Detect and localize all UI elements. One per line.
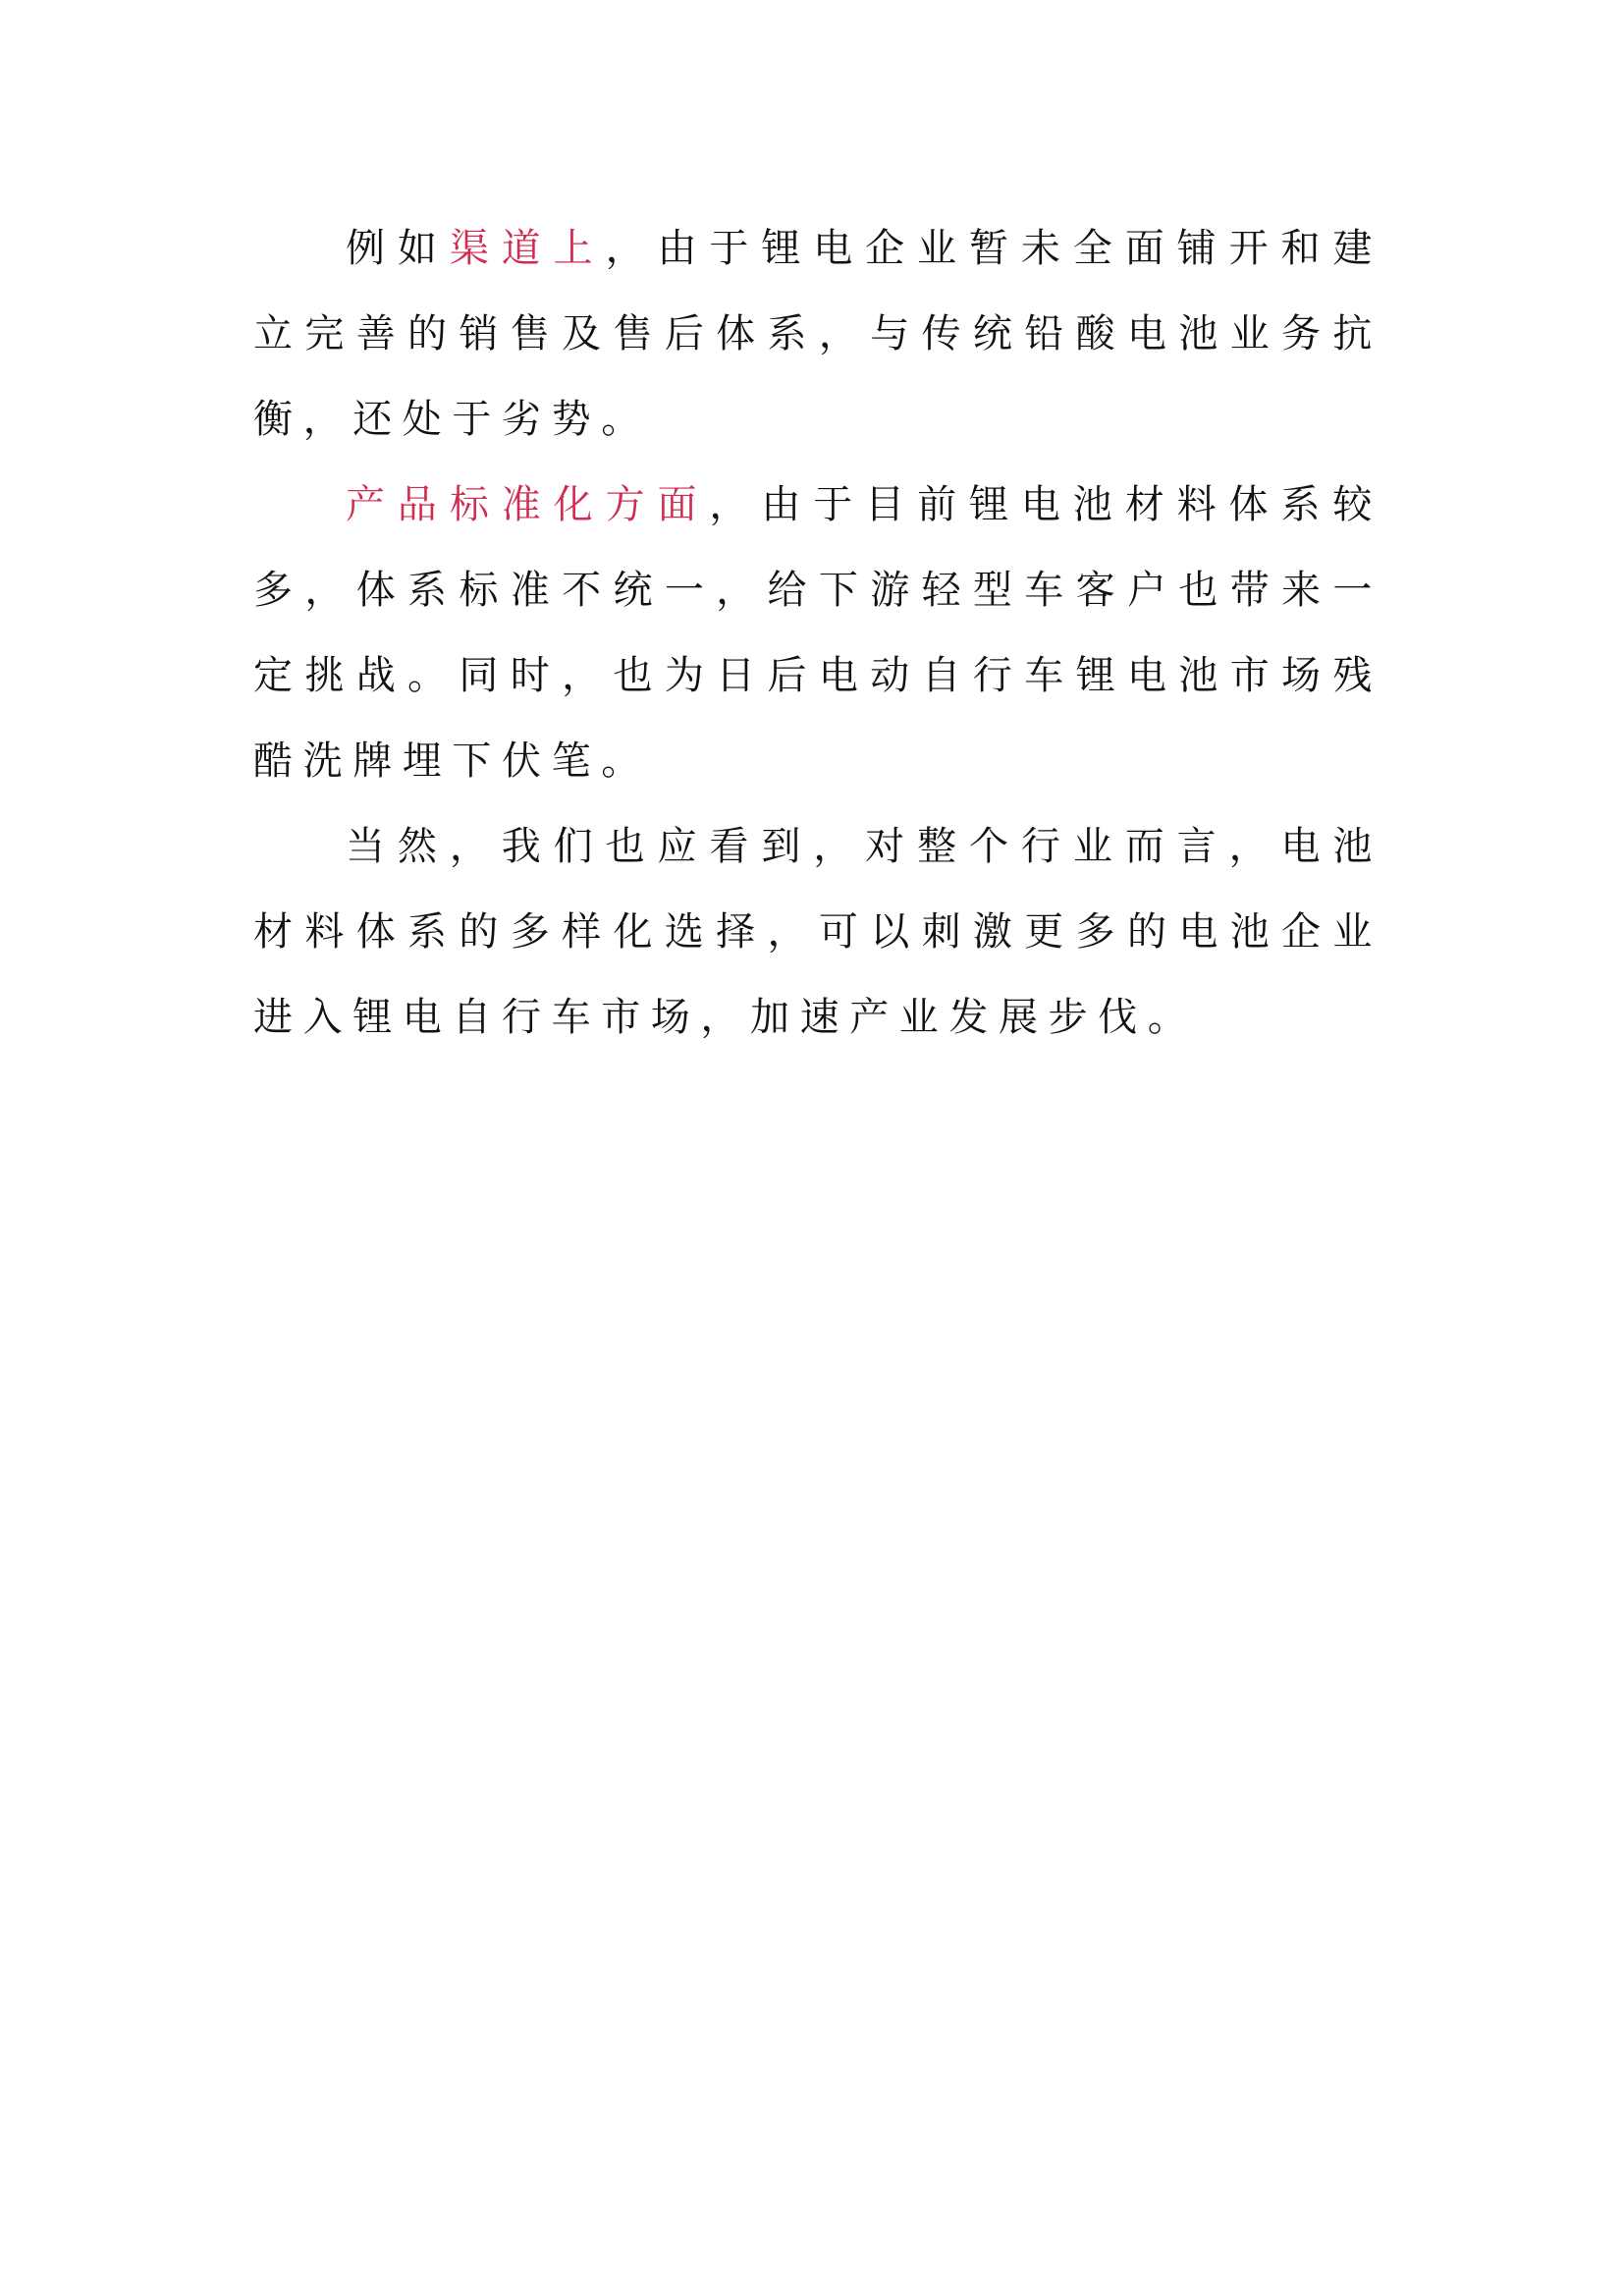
- paragraph-conclusion: 当然，我们也应看到，对整个行业而言，电池材料体系的多样化选择，可以刺激更多的电池…: [253, 804, 1382, 1061]
- highlight-standardization: 产品标准化方面: [346, 482, 709, 527]
- paragraph-prefix: 例如: [346, 226, 450, 271]
- paragraph-standardization: 产品标准化方面，由于目前锂电池材料体系较多，体系标准不统一，给下游轻型车客户也带…: [253, 463, 1382, 804]
- paragraph-channel: 例如渠道上，由于锂电企业暂未全面铺开和建立完善的销售及售后体系，与传统铅酸电池业…: [253, 206, 1382, 463]
- paragraph-text: 当然，我们也应看到，对整个行业而言，电池材料体系的多样化选择，可以刺激更多的电池…: [253, 824, 1382, 1040]
- highlight-channel: 渠道上: [450, 226, 606, 271]
- document-body: 例如渠道上，由于锂电企业暂未全面铺开和建立完善的销售及售后体系，与传统铅酸电池业…: [253, 206, 1382, 1061]
- paragraph-text: ，由于目前锂电池材料体系较多，体系标准不统一，给下游轻型车客户也带来一定挑战。同…: [253, 482, 1382, 784]
